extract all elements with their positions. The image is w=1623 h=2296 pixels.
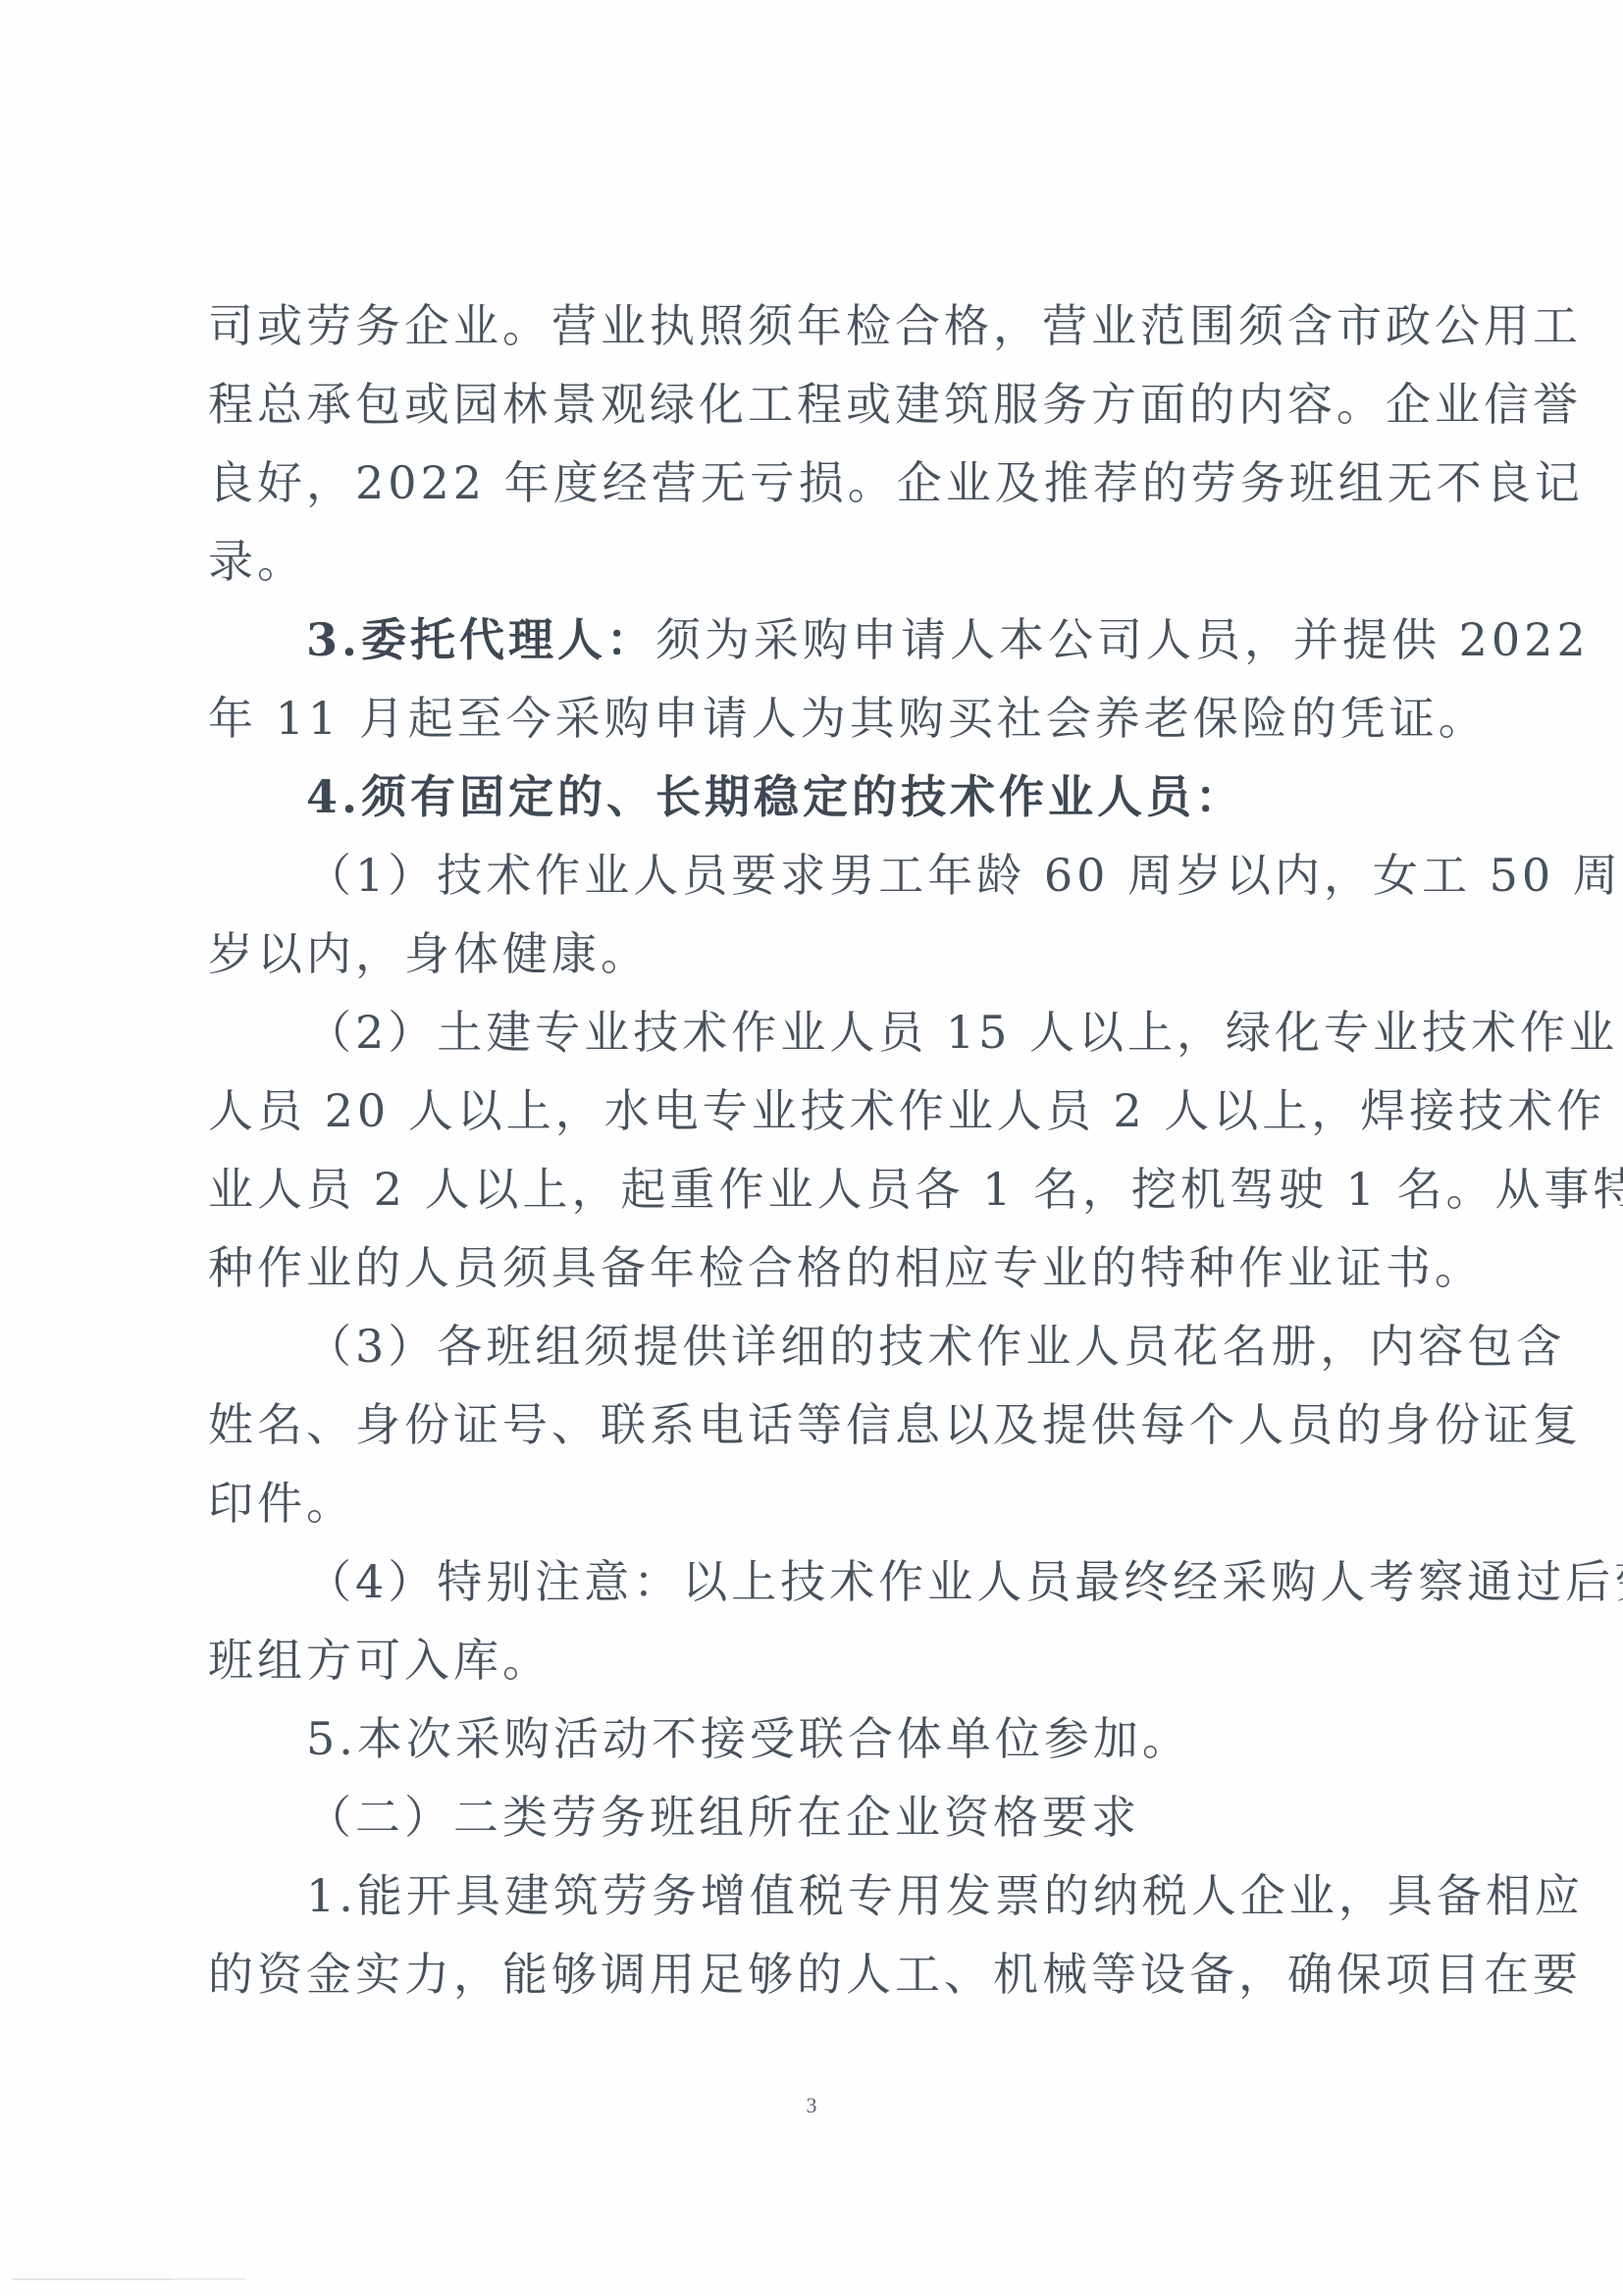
paragraph-line: 年 11 月起至今采购申请人为其购买社会养老保险的凭证。	[208, 679, 1417, 757]
paragraph-line: 的资金实力，能够调用足够的人工、机械等设备，确保项目在要	[208, 1935, 1417, 2013]
document-page: 司或劳务企业。营业执照须年检合格，营业范围须含市政公用工 程总承包或园林景观绿化…	[0, 0, 1623, 2296]
page-number: 3	[800, 2093, 823, 2118]
item-3-text: 须为采购申请人本公司人员，并提供 2022	[655, 613, 1590, 666]
item-3-first-line: 3.委托代理人：须为采购申请人本公司人员，并提供 2022	[208, 600, 1417, 679]
body-text: 司或劳务企业。营业执照须年检合格，营业范围须含市政公用工 程总承包或园林景观绿化…	[208, 287, 1417, 2013]
paragraph-line: 程总承包或园林景观绿化工程或建筑服务方面的内容。企业信誉	[208, 365, 1417, 444]
section-2-item-1-first-line: 1.能开具建筑劳务增值税专用发票的纳税人企业，具备相应	[208, 1856, 1417, 1935]
paragraph-line: 班组方可入库。	[208, 1621, 1417, 1699]
section-heading: （二）二类劳务班组所在企业资格要求	[208, 1778, 1417, 1856]
item-4-1-first-line: （1）技术作业人员要求男工年龄 60 周岁以内，女工 50 周	[208, 836, 1417, 914]
paragraph-line: 姓名、身份证号、联系电话等信息以及提供每个人员的身份证复	[208, 1385, 1417, 1464]
scan-artifact-line	[172, 2278, 245, 2280]
paragraph-line: 人员 20 人以上，水电专业技术作业人员 2 人以上，焊接技术作	[208, 1071, 1417, 1150]
item-3-lead: 3.委托代理人：	[306, 613, 655, 666]
paragraph-line: 种作业的人员须具备年检合格的相应专业的特种作业证书。	[208, 1228, 1417, 1307]
paragraph-line: 录。	[208, 522, 1417, 600]
item-4-heading: 4.须有固定的、长期稳定的技术作业人员：	[208, 757, 1417, 836]
item-4-lead: 4.须有固定的、长期稳定的技术作业人员：	[306, 770, 1244, 823]
item-4-4-first-line: （4）特别注意：以上技术作业人员最终经采购人考察通过后劳务	[208, 1542, 1417, 1621]
item-4-2-first-line: （2）土建专业技术作业人员 15 人以上，绿化专业技术作业	[208, 993, 1417, 1071]
paragraph-line: 业人员 2 人以上，起重作业人员各 1 名，挖机驾驶 1 名。从事特	[208, 1150, 1417, 1228]
paragraph-line: 司或劳务企业。营业执照须年检合格，营业范围须含市政公用工	[208, 287, 1417, 365]
paragraph-line: 岁以内，身体健康。	[208, 914, 1417, 993]
item-5: 5.本次采购活动不接受联合体单位参加。	[208, 1699, 1417, 1778]
paragraph-line: 印件。	[208, 1464, 1417, 1542]
item-4-3-first-line: （3）各班组须提供详细的技术作业人员花名册，内容包含	[208, 1307, 1417, 1385]
paragraph-line: 良好，2022 年度经营无亏损。企业及推荐的劳务班组无不良记	[208, 444, 1417, 522]
